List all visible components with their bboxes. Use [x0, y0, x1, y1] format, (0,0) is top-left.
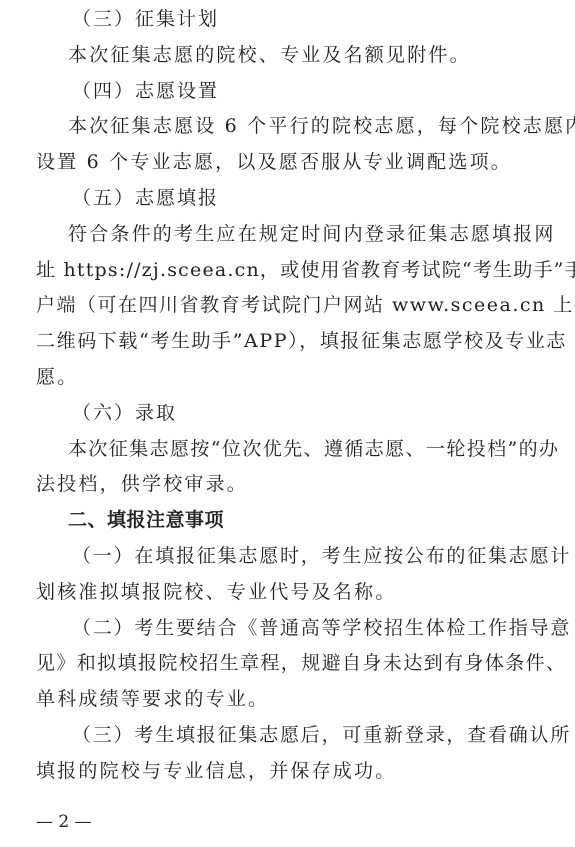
paragraph-line: 本次征集志愿按“位次优先、遵循志愿、一轮投档”的办	[36, 432, 512, 468]
section-heading-settings: （四）志愿设置	[36, 74, 512, 110]
section-heading-filling: （五）志愿填报	[36, 181, 512, 217]
paragraph-line-url: 址 https://zj.sceea.cn，或使用省教育考试院“考生助手”手机客	[36, 253, 512, 289]
document-page: （三）征集计划 本次征集志愿的院校、专业及名额见附件。 （四）志愿设置 本次征集…	[36, 2, 512, 790]
notice-item-2-line: 见》和拟填报院校招生章程，规避自身未达到有身体条件、	[36, 646, 512, 682]
notice-item-2-line: （二）考生要结合《普通高等学校招生体检工作指导意	[36, 611, 512, 647]
notice-item-1-line: 划核准拟填报院校、专业代号及名称。	[36, 575, 512, 611]
notice-item-1-line: （一）在填报征集志愿时，考生应按公布的征集志愿计	[36, 539, 512, 575]
part-two-heading: 二、填报注意事项	[36, 503, 512, 539]
paragraph-line: 符合条件的考生应在规定时间内登录征集志愿填报网	[36, 217, 512, 253]
page-number: — 2 —	[36, 808, 92, 836]
paragraph-line-website: 户端（可在四川省教育考试院门户网站 www.sceea.cn 上扫描	[36, 288, 512, 324]
paragraph-line: 愿。	[36, 360, 512, 396]
notice-item-3-line: （三）考生填报征集志愿后，可重新登录，查看确认所	[36, 718, 512, 754]
paragraph-line: 设置 6 个专业志愿，以及愿否服从专业调配选项。	[36, 145, 512, 181]
section-heading-plan: （三）征集计划	[36, 2, 512, 38]
notice-item-2-line: 单科成绩等要求的专业。	[36, 682, 512, 718]
notice-item-3-line: 填报的院校与专业信息，并保存成功。	[36, 754, 512, 790]
paragraph-line: 本次征集志愿设 6 个平行的院校志愿，每个院校志愿内	[36, 109, 512, 145]
paragraph-line: 法投档，供学校审录。	[36, 467, 512, 503]
paragraph-line: 本次征集志愿的院校、专业及名额见附件。	[36, 38, 512, 74]
paragraph-line: 二维码下载“考生助手”APP），填报征集志愿学校及专业志	[36, 324, 512, 360]
section-heading-admission: （六）录取	[36, 396, 512, 432]
